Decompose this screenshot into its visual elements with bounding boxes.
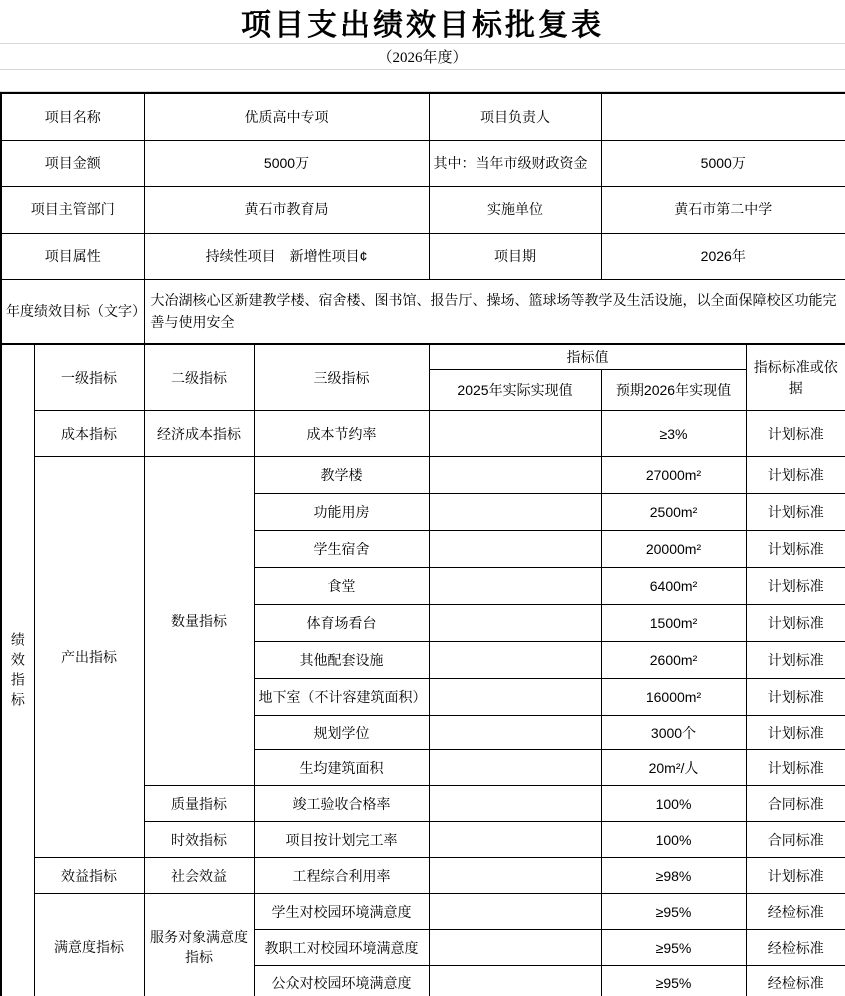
value-project-attribute: 持续性项目 新增性项目¢	[144, 233, 429, 279]
cell-level3: 生均建筑面积	[254, 750, 429, 786]
value-authority: 黄石市教育局	[144, 186, 429, 233]
cell-standard: 经检标准	[746, 966, 845, 996]
cell-level1: 产出指标	[34, 457, 144, 858]
cell-actual-2025	[429, 858, 601, 894]
cell-level2: 数量指标	[144, 457, 254, 786]
cell-actual-2025	[429, 716, 601, 750]
table-row: 项目名称优质高中专项项目负责人	[1, 93, 845, 140]
cell-level1: 满意度指标	[34, 894, 144, 996]
label-implementing-unit: 实施单位	[429, 186, 601, 233]
table-row: 项目主管部门黄石市教育局实施单位黄石市第二中学	[1, 186, 845, 233]
cell-level3: 地下室（不计容建筑面积）	[254, 679, 429, 716]
cell-actual-2025	[429, 531, 601, 568]
cell-level3: 食堂	[254, 568, 429, 605]
cell-level3: 教职工对校园环境满意度	[254, 930, 429, 966]
cell-expected-2026: 27000m²	[601, 457, 746, 494]
cell-standard: 计划标准	[746, 457, 845, 494]
cell-expected-2026: ≥98%	[601, 858, 746, 894]
cell-level3: 教学楼	[254, 457, 429, 494]
cell-standard: 计划标准	[746, 750, 845, 786]
table-row: 年度绩效目标（文字）大冶湖核心区新建教学楼、宿舍楼、图书馆、报告厅、操场、篮球场…	[1, 279, 845, 344]
cell-actual-2025	[429, 930, 601, 966]
cell-level3: 体育场看台	[254, 605, 429, 642]
cell-standard: 经检标准	[746, 894, 845, 930]
cell-actual-2025	[429, 411, 601, 457]
label-annual-goal: 年度绩效目标（文字）	[1, 279, 144, 344]
cell-level2: 质量指标	[144, 786, 254, 822]
value-implementing-unit: 黄石市第二中学	[601, 186, 845, 233]
header-actual-2025: 2025年实际实现值	[429, 370, 601, 411]
label-authority: 项目主管部门	[1, 186, 144, 233]
cell-expected-2026: 16000m²	[601, 679, 746, 716]
page-title: 项目支出绩效目标批复表	[241, 0, 604, 44]
cell-expected-2026: 100%	[601, 786, 746, 822]
table-row: 成本指标经济成本指标成本节约率≥3%计划标准	[1, 411, 845, 457]
cell-expected-2026: 20m²/人	[601, 750, 746, 786]
cell-actual-2025	[429, 568, 601, 605]
cell-expected-2026: ≥95%	[601, 930, 746, 966]
cell-actual-2025	[429, 786, 601, 822]
cell-standard: 计划标准	[746, 858, 845, 894]
label-project-attribute: 项目属性	[1, 233, 144, 279]
table-row: 效益指标社会效益工程综合利用率≥98%计划标准	[1, 858, 845, 894]
value-project-period: 2026年	[601, 233, 845, 279]
cell-actual-2025	[429, 822, 601, 858]
cell-standard: 计划标准	[746, 568, 845, 605]
cell-level2: 时效指标	[144, 822, 254, 858]
page-subtitle: （2026年度）	[0, 44, 845, 70]
label-project-period: 项目期	[429, 233, 601, 279]
spacer-row	[0, 70, 845, 92]
cell-standard: 计划标准	[746, 642, 845, 679]
label-project-leader: 项目负责人	[429, 93, 601, 140]
cell-actual-2025	[429, 605, 601, 642]
cell-level3: 学生宿舍	[254, 531, 429, 568]
cell-level3: 工程综合利用率	[254, 858, 429, 894]
value-project-leader	[601, 93, 845, 140]
document-page: 项目支出绩效目标批复表 （2026年度） 项目名称优质高中专项项目负责人项目金额…	[0, 0, 845, 996]
cell-expected-2026: 2600m²	[601, 642, 746, 679]
cell-expected-2026: ≥95%	[601, 966, 746, 996]
table-row: 绩效指标一级指标二级指标三级指标指标值指标标准或依据	[1, 344, 845, 370]
cell-actual-2025	[429, 494, 601, 531]
header-level1: 一级指标	[34, 344, 144, 411]
cell-standard: 计划标准	[746, 411, 845, 457]
cell-actual-2025	[429, 642, 601, 679]
cell-level3: 公众对校园环境满意度	[254, 966, 429, 996]
table-row: 满意度指标服务对象满意度指标学生对校园环境满意度≥95%经检标准	[1, 894, 845, 930]
label-project-amount: 项目金额	[1, 140, 144, 186]
cell-expected-2026: 6400m²	[601, 568, 746, 605]
cell-level2: 社会效益	[144, 858, 254, 894]
value-project-name: 优质高中专项	[144, 93, 429, 140]
cell-level2: 服务对象满意度指标	[144, 894, 254, 996]
cell-expected-2026: 1500m²	[601, 605, 746, 642]
cell-expected-2026: 100%	[601, 822, 746, 858]
table-body: 项目名称优质高中专项项目负责人项目金额5000万其中：当年市级财政资金5000万…	[1, 93, 845, 996]
cell-expected-2026: 3000个	[601, 716, 746, 750]
header-indicator-value: 指标值	[429, 344, 746, 370]
label-city-funds: 其中：当年市级财政资金	[429, 140, 601, 186]
table-row: 项目金额5000万其中：当年市级财政资金5000万	[1, 140, 845, 186]
cell-expected-2026: ≥95%	[601, 894, 746, 930]
cell-standard: 计划标准	[746, 605, 845, 642]
cell-actual-2025	[429, 966, 601, 996]
cell-level3: 功能用房	[254, 494, 429, 531]
cell-level1: 效益指标	[34, 858, 144, 894]
value-project-amount: 5000万	[144, 140, 429, 186]
table-row: 产出指标数量指标教学楼27000m²计划标准	[1, 457, 845, 494]
value-city-funds: 5000万	[601, 140, 845, 186]
header-level2: 二级指标	[144, 344, 254, 411]
cell-standard: 计划标准	[746, 679, 845, 716]
value-annual-goal: 大冶湖核心区新建教学楼、宿舍楼、图书馆、报告厅、操场、篮球场等教学及生活设施，以…	[144, 279, 845, 344]
cell-actual-2025	[429, 457, 601, 494]
cell-level2: 经济成本指标	[144, 411, 254, 457]
header-expected-2026: 预期2026年实现值	[601, 370, 746, 411]
header-standard: 指标标准或依据	[746, 344, 845, 411]
cell-level3: 成本节约率	[254, 411, 429, 457]
cell-actual-2025	[429, 894, 601, 930]
label-project-name: 项目名称	[1, 93, 144, 140]
cell-level1: 成本指标	[34, 411, 144, 457]
cell-expected-2026: ≥3%	[601, 411, 746, 457]
cell-expected-2026: 20000m²	[601, 531, 746, 568]
cell-level3: 其他配套设施	[254, 642, 429, 679]
cell-standard: 计划标准	[746, 531, 845, 568]
cell-actual-2025	[429, 679, 601, 716]
cell-level3: 规划学位	[254, 716, 429, 750]
main-table: 项目名称优质高中专项项目负责人项目金额5000万其中：当年市级财政资金5000万…	[0, 92, 845, 996]
cell-level3: 竣工验收合格率	[254, 786, 429, 822]
cell-standard: 计划标准	[746, 494, 845, 531]
table-row: 项目属性持续性项目 新增性项目¢项目期2026年	[1, 233, 845, 279]
title-row: 项目支出绩效目标批复表	[0, 0, 845, 44]
side-label-performance-indicators: 绩效指标	[1, 344, 34, 996]
cell-standard: 经检标准	[746, 930, 845, 966]
cell-level3: 学生对校园环境满意度	[254, 894, 429, 930]
cell-level3: 项目按计划完工率	[254, 822, 429, 858]
cell-standard: 合同标准	[746, 822, 845, 858]
header-level3: 三级指标	[254, 344, 429, 411]
cell-standard: 合同标准	[746, 786, 845, 822]
cell-actual-2025	[429, 750, 601, 786]
cell-expected-2026: 2500m²	[601, 494, 746, 531]
cell-standard: 计划标准	[746, 716, 845, 750]
